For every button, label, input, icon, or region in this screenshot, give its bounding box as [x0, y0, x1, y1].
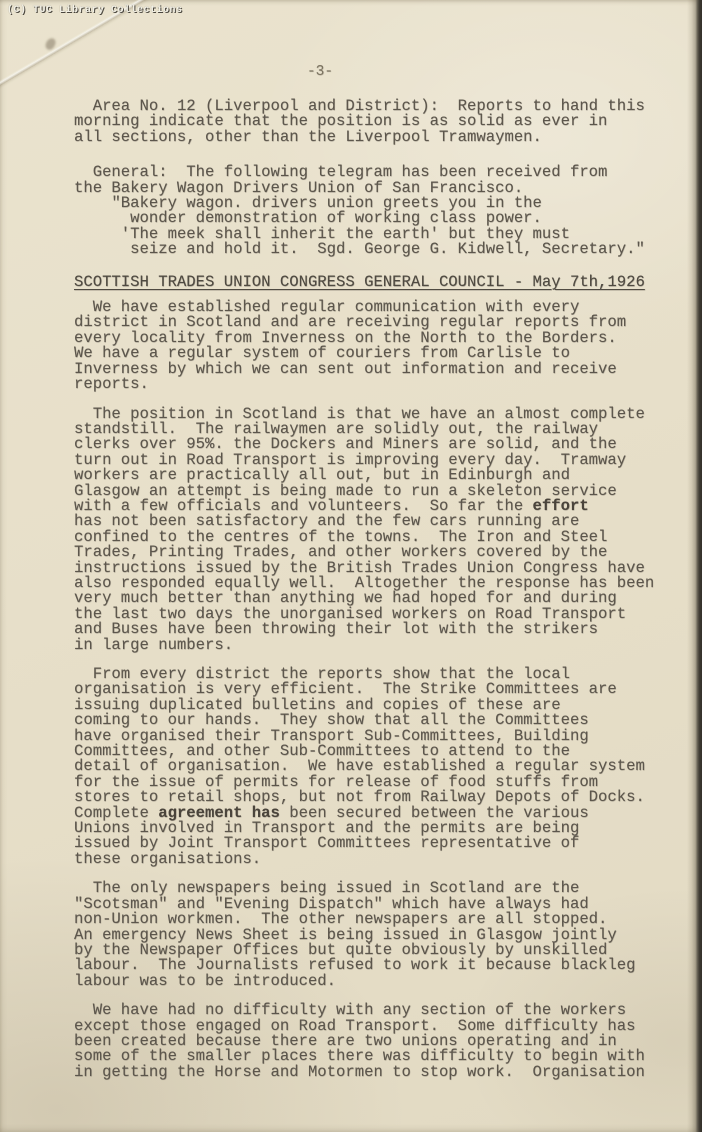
document-content: Area No. 12 (Liverpool and District): Re… — [74, 99, 664, 1080]
paragraph-district-reports: From every district the reports show tha… — [74, 667, 664, 867]
paragraph-general-telegram: General: The following telegram has been… — [74, 165, 664, 257]
section-heading: SCOTTISH TRADES UNION CONGRESS GENERAL C… — [74, 275, 664, 290]
paragraph-newspapers: The only newspapers being issued in Scot… — [74, 881, 664, 989]
paragraph-standstill: The position in Scotland is that we have… — [74, 407, 664, 654]
standstill-text-end: has not been satisfactory and the few ca… — [74, 512, 654, 653]
scanned-document-page: (C) TUC Library Collections -3- Area No.… — [0, 0, 702, 1132]
paragraph-road-transport-difficulty: We have had no difficulty with any secti… — [74, 1003, 664, 1080]
watermark: (C) TUC Library Collections — [7, 5, 183, 16]
page-right-edge — [687, 0, 702, 1132]
district-text-start: From every district the reports show tha… — [74, 665, 645, 822]
section-heading-text: SCOTTISH TRADES UNION CONGRESS GENERAL C… — [74, 273, 645, 291]
page-number: -3- — [0, 64, 640, 80]
paragraph-area-12-report: Area No. 12 (Liverpool and District): Re… — [74, 99, 664, 145]
paragraph-communication: We have established regular communicatio… — [74, 300, 664, 392]
